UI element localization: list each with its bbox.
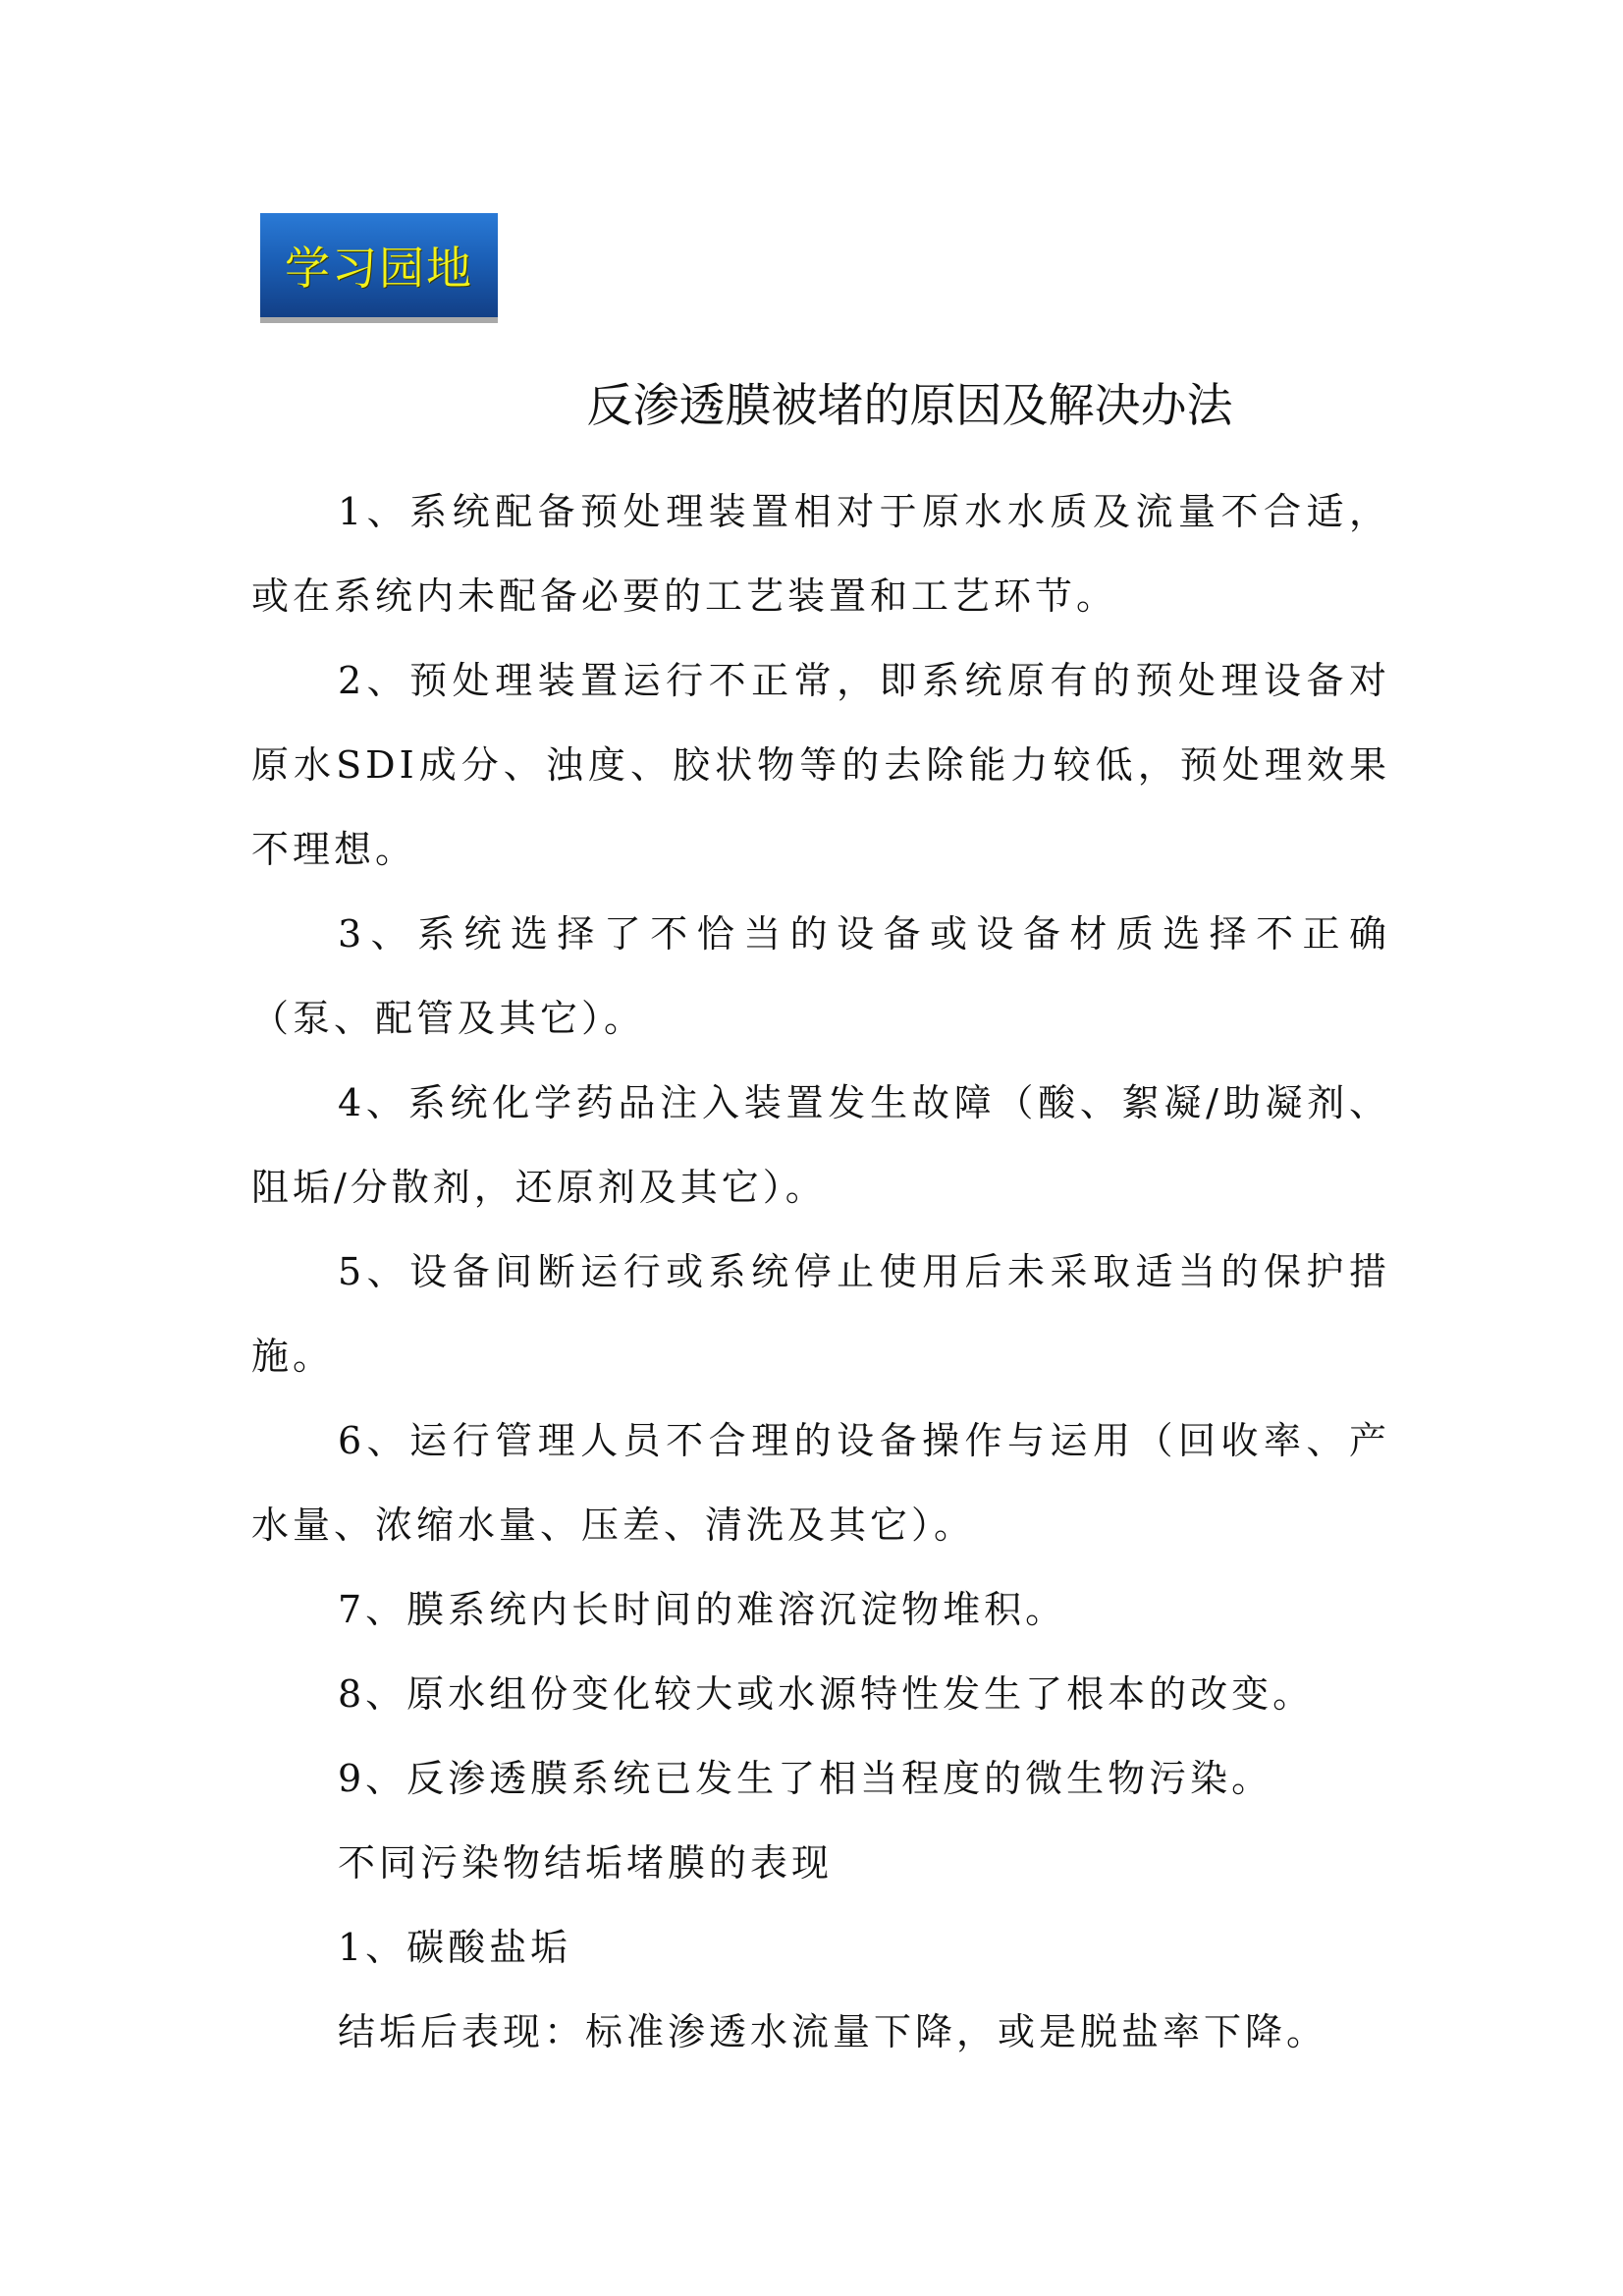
paragraph-cause-8: 8、原水组份变化较大或水源特性发生了根本的改变。 bbox=[251, 1652, 1390, 1736]
paragraph-cause-6: 6、运行管理人员不合理的设备操作与运用（回收率、产水量、浓缩水量、压差、清洗及其… bbox=[251, 1398, 1390, 1567]
document-body: 1、系统配备预处理装置相对于原水水质及流量不合适，或在系统内未配备必要的工艺装置… bbox=[251, 469, 1390, 2074]
paragraph-cause-7: 7、膜系统内长时间的难溶沉淀物堆积。 bbox=[251, 1567, 1390, 1652]
section-banner: 学习园地 bbox=[260, 213, 498, 317]
document-title: 反渗透膜被堵的原因及解决办法 bbox=[0, 377, 1623, 436]
paragraph-cause-4: 4、系统化学药品注入装置发生故障（酸、絮凝/助凝剂、阻垢/分散剂，还原剂及其它）… bbox=[251, 1061, 1390, 1230]
paragraph-cause-1: 1、系统配备预处理装置相对于原水水质及流量不合适，或在系统内未配备必要的工艺装置… bbox=[251, 469, 1390, 638]
subheading-carbonate-scale: 1、碳酸盐垢 bbox=[251, 1905, 1390, 1990]
paragraph-carbonate-symptom: 结垢后表现：标准渗透水流量下降，或是脱盐率下降。 bbox=[251, 1990, 1390, 2074]
section-heading-fouling-symptoms: 不同污染物结垢堵膜的表现 bbox=[251, 1821, 1390, 1905]
banner-label: 学习园地 bbox=[285, 233, 473, 298]
paragraph-cause-2: 2、预处理装置运行不正常，即系统原有的预处理设备对原水SDI成分、浊度、胶状物等… bbox=[251, 638, 1390, 892]
paragraph-cause-9: 9、反渗透膜系统已发生了相当程度的微生物污染。 bbox=[251, 1736, 1390, 1821]
paragraph-cause-5: 5、设备间断运行或系统停止使用后未采取适当的保护措施。 bbox=[251, 1230, 1390, 1398]
paragraph-cause-3: 3、系统选择了不恰当的设备或设备材质选择不正确（泵、配管及其它）。 bbox=[251, 892, 1390, 1061]
